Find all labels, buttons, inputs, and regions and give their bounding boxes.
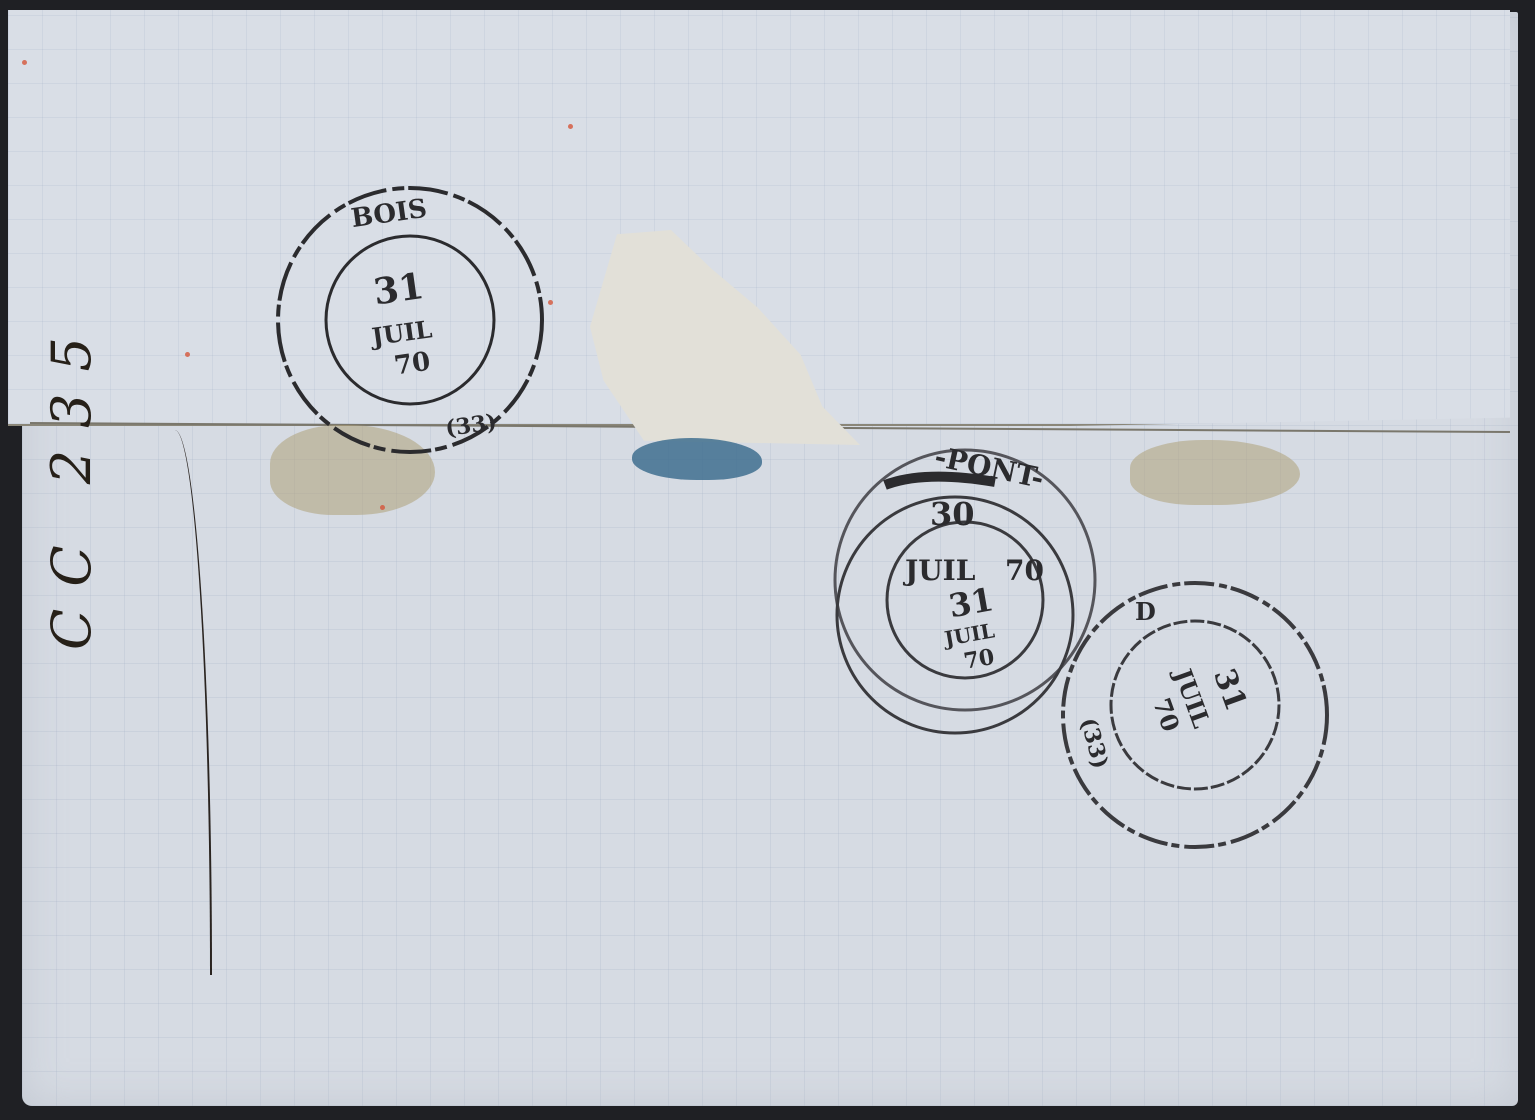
red-fleck	[22, 60, 27, 65]
postmark-day: 30	[930, 495, 975, 533]
postmark-month: JUIL	[902, 554, 976, 587]
postmark-day: 31	[371, 265, 426, 314]
postmark-d: D 31 JUIL 70 (33)	[1055, 575, 1335, 859]
postmark-inner-year: 70	[962, 644, 997, 675]
postmark-year: 70	[1005, 554, 1044, 587]
postmark-bois: BOIS 31 JUIL 70 (33)	[270, 180, 550, 464]
blue-wax-seal-remnant	[632, 438, 762, 480]
red-fleck	[568, 124, 573, 129]
postmark-day: 31	[1206, 664, 1253, 715]
manuscript-note: CC 235	[40, 315, 103, 650]
postmark-town: -PONT-	[932, 440, 1047, 495]
glue-stain-right	[1130, 440, 1300, 505]
red-fleck	[380, 505, 385, 510]
postmark-year: 70	[392, 347, 432, 382]
postmark-dept: (33)	[444, 409, 499, 442]
red-fleck	[185, 352, 190, 357]
postmark-month: JUIL	[368, 314, 434, 351]
postmark-letter: D	[1135, 597, 1156, 626]
postmark-town: BOIS	[349, 194, 428, 234]
postmark-dept: (33)	[1075, 715, 1113, 771]
